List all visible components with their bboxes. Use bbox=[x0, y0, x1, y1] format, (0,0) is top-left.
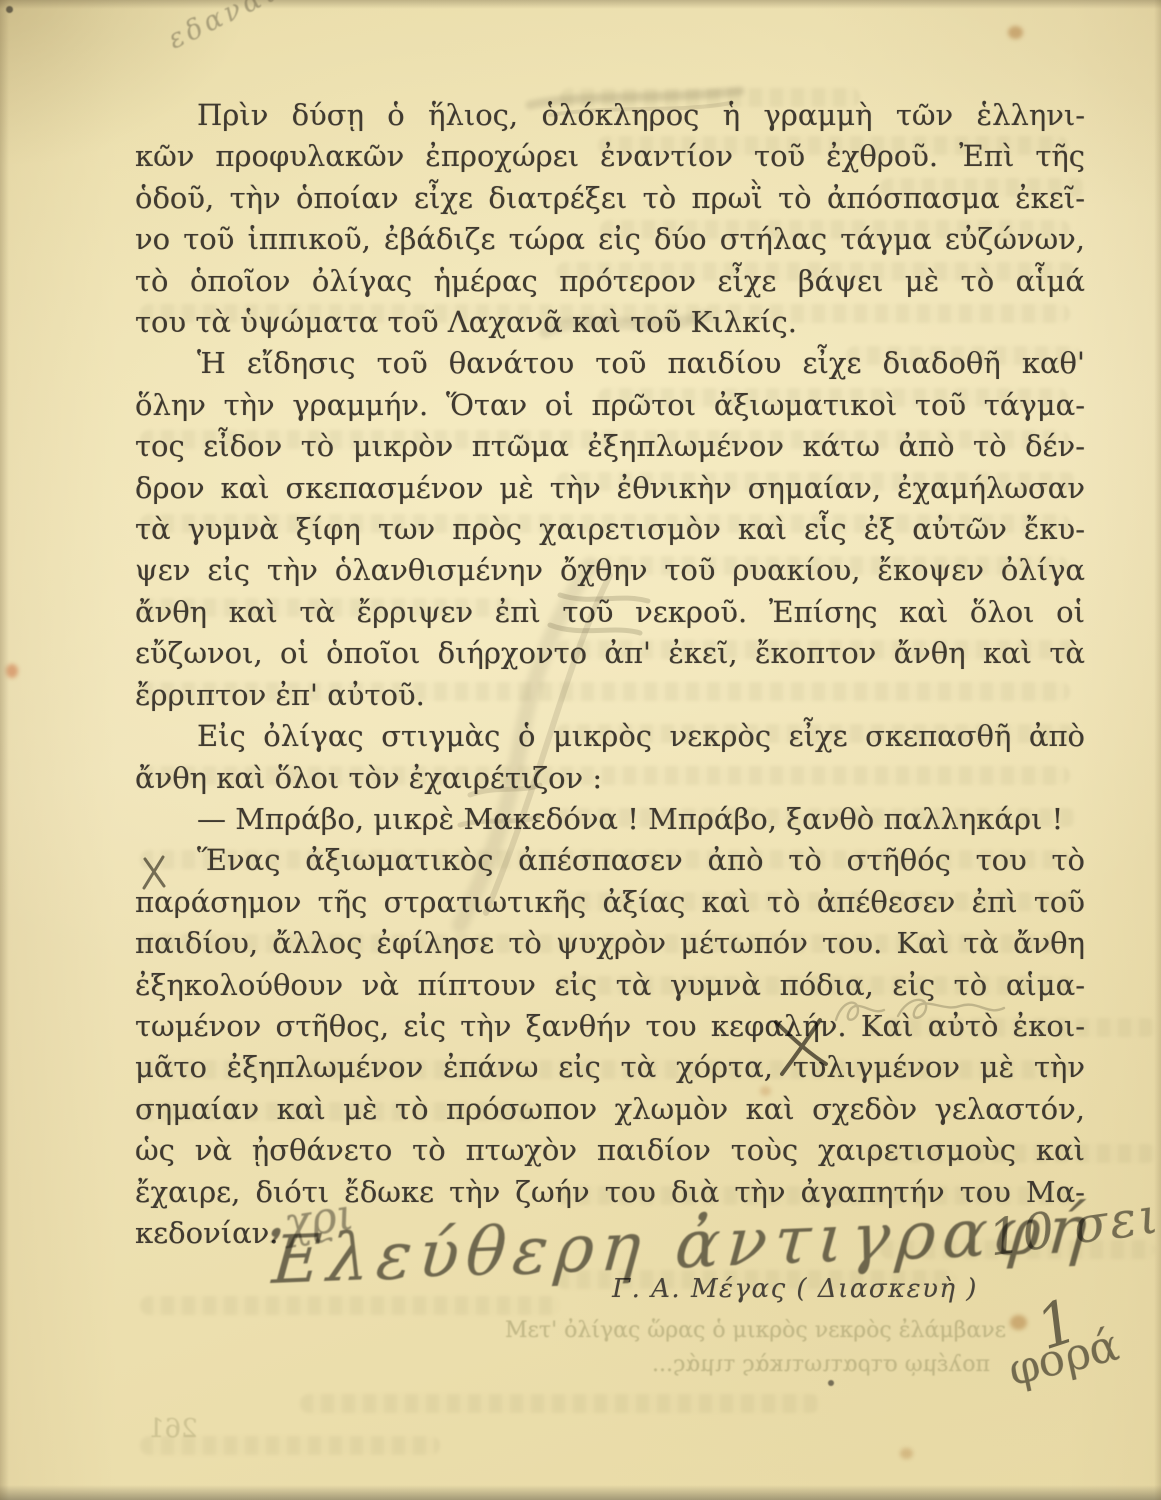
foxing-spot bbox=[1010, 1315, 1027, 1330]
print-line: κῶν προφυλακῶν ἐπροχώρει ἐναντίον τοῦ ἐχ… bbox=[135, 136, 1085, 177]
print-line: ὁδοῦ, τὴν ὁποίαν εἶχε διατρέξει τὸ πρωῒ … bbox=[135, 178, 1085, 219]
print-line: ἔρριπτον ἐπ' αὐτοῦ. bbox=[135, 675, 1085, 716]
print-line: Ἕνας ἀξιωματικὸς ἀπέσπασεν ἀπὸ τὸ στῆθός… bbox=[135, 840, 1085, 881]
pencil-note-top: εδαναϊ ν/9 bbox=[163, 0, 343, 55]
print-line: του τὰ ὑψώματα τοῦ Λαχανᾶ καὶ τοῦ Κιλκίς… bbox=[135, 302, 1085, 343]
page-edge-right bbox=[1154, 0, 1161, 1500]
pencil-scribble bbox=[828, 990, 1048, 1035]
scanned-book-page: Μετ' ὀλίγας ὥρας ὁ μικρὸς νεκρὸς ἐλάμβαν… bbox=[0, 0, 1161, 1500]
print-line: ἄνθη καὶ ὅλοι τὸν ἐχαιρέτιζον : bbox=[135, 758, 1085, 799]
print-line: — Μπράβο, μικρὲ Μακεδόνα ! Μπράβο, ξανθὸ… bbox=[135, 799, 1085, 840]
print-line: Ἡ εἴδησις τοῦ θανάτου τοῦ παιδίου εἶχε δ… bbox=[135, 343, 1085, 384]
print-line: ὅλην τὴν γραμμήν. Ὅταν οἱ πρῶτοι ἀξιωματ… bbox=[135, 385, 1085, 426]
body-text: Πρὶν δύσῃ ὁ ἥλιος, ὁλόκληρος ἡ γραμμὴ τῶ… bbox=[135, 95, 1085, 1254]
print-line: δρον καὶ σκεπασμένον μὲ τὴν ἐθνικὴν σημα… bbox=[135, 468, 1085, 509]
bleed-through-ghost-line bbox=[300, 1394, 820, 1413]
print-line: παράσημον τῆς στρατιωτικῆς ἀξίας καὶ τὸ … bbox=[135, 882, 1085, 923]
page-edge-bottom bbox=[0, 1485, 1161, 1500]
bleed-through-text-line-mirrored: πολέμῳ στρατιωτικὰς τιμάς... bbox=[660, 1352, 990, 1377]
ink-speck bbox=[6, 6, 13, 13]
bleed-through-ghost-line bbox=[140, 1296, 560, 1315]
print-line: παιδίου, ἄλλος ἐφίλησε τὸ ψυχρὸν μέτωπόν… bbox=[135, 923, 1085, 964]
page-edge-left bbox=[0, 0, 9, 1500]
print-line: τὸ ὁποῖον ὀλίγας ἡμέρας πρότερον εἶχε βά… bbox=[135, 261, 1085, 302]
foxing-spot bbox=[6, 664, 18, 678]
foxing-spot bbox=[900, 1448, 913, 1459]
ink-speck bbox=[828, 1380, 834, 1386]
pencil-note-times-word: φορά bbox=[998, 1321, 1128, 1396]
print-line: Πρὶν δύσῃ ὁ ἥλιος, ὁλόκληρος ἡ γραμμὴ τῶ… bbox=[135, 95, 1085, 136]
foxing-spot bbox=[1008, 26, 1023, 39]
print-line: ὡς νὰ ᾐσθάνετο τὸ πτωχὸν παιδίον τοὺς χα… bbox=[135, 1130, 1085, 1171]
paragraph: Ἕνας ἀξιωματικὸς ἀπέσπασεν ἀπὸ τὸ στῆθός… bbox=[135, 840, 1085, 1254]
bleed-through-text-line: Μετ' ὀλίγας ὥρας ὁ μικρὸς νεκρὸς ἐλάμβαν… bbox=[505, 1318, 1006, 1343]
paragraph: Ἡ εἴδησις τοῦ θανάτου τοῦ παιδίου εἶχε δ… bbox=[135, 343, 1085, 716]
print-line: τὰ γυμνὰ ξίφη των πρὸς χαιρετισμὸν καὶ ε… bbox=[135, 509, 1085, 550]
paragraph: Πρὶν δύσῃ ὁ ἥλιος, ὁλόκληρος ἡ γραμμὴ τῶ… bbox=[135, 95, 1085, 343]
paragraph: — Μπράβο, μικρὲ Μακεδόνα ! Μπράβο, ξανθὸ… bbox=[135, 799, 1085, 840]
print-line: Εἰς ὀλίγας στιγμὰς ὁ μικρὸς νεκρὸς εἶχε … bbox=[135, 716, 1085, 757]
pencil-x-mark-small bbox=[138, 852, 172, 892]
paragraph: Εἰς ὀλίγας στιγμὰς ὁ μικρὸς νεκρὸς εἶχε … bbox=[135, 716, 1085, 799]
print-line: μᾶτο ἐξηπλωμένον ἐπάνω εἰς τὰ χόρτα, τυλ… bbox=[135, 1047, 1085, 1088]
print-line: νο τοῦ ἱππικοῦ, ἐβάδιζε τώρα εἰς δύο στή… bbox=[135, 219, 1085, 260]
print-line: σημαίαν καὶ μὲ τὸ πρόσωπον χλωμὸν καὶ σχ… bbox=[135, 1089, 1085, 1130]
bleed-through-page-number: 261 bbox=[148, 1414, 198, 1444]
print-line: εὔζωνοι, οἱ ὁποῖοι διήρχοντο ἀπ' ἐκεῖ, ἔ… bbox=[135, 633, 1085, 674]
print-line: τος εἶδον τὸ μικρὸν πτῶμα ἐξηπλωμένον κά… bbox=[135, 426, 1085, 467]
page-edge-top bbox=[0, 0, 1161, 9]
print-line: ἄνθη καὶ τὰ ἔρριψεν ἐπὶ τοῦ νεκροῦ. Ἐπίσ… bbox=[135, 592, 1085, 633]
print-line: ψεν εἰς τὴν ὁλανθισμένην ὄχθην τοῦ ρυακί… bbox=[135, 550, 1085, 591]
